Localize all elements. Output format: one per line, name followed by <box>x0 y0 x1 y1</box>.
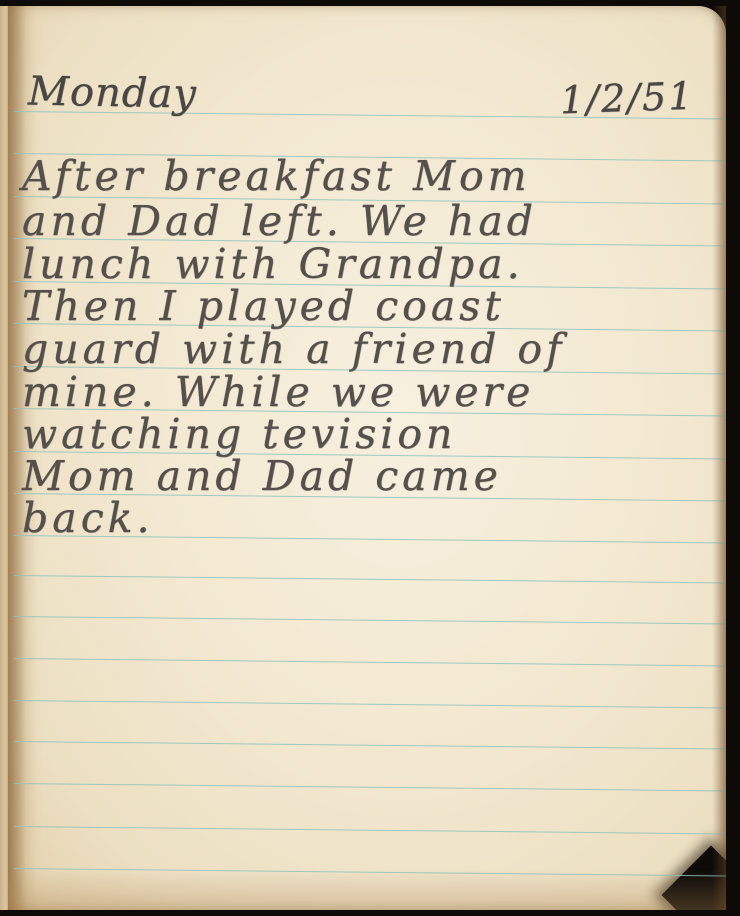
entry-line: guard with a friend of <box>22 325 565 373</box>
entry-line: Mom and Dad came <box>22 452 502 500</box>
entry-line: back. <box>22 494 154 542</box>
entry-line: lunch with Grandpa. <box>22 240 524 288</box>
entry-line: After breakfast Mom <box>22 152 531 200</box>
entry-line: mine. While we were <box>22 368 534 416</box>
entry-line: and Dad left. We had <box>22 197 537 245</box>
entry-line: watching tevision <box>22 410 456 458</box>
entry-day: Monday <box>28 69 198 118</box>
entry-date: 1/2/51 <box>559 74 695 123</box>
entry-line: Then I played coast <box>22 282 505 330</box>
scanned-diary-page: Monday 1/2/51 After breakfast Mom and Da… <box>0 0 740 916</box>
